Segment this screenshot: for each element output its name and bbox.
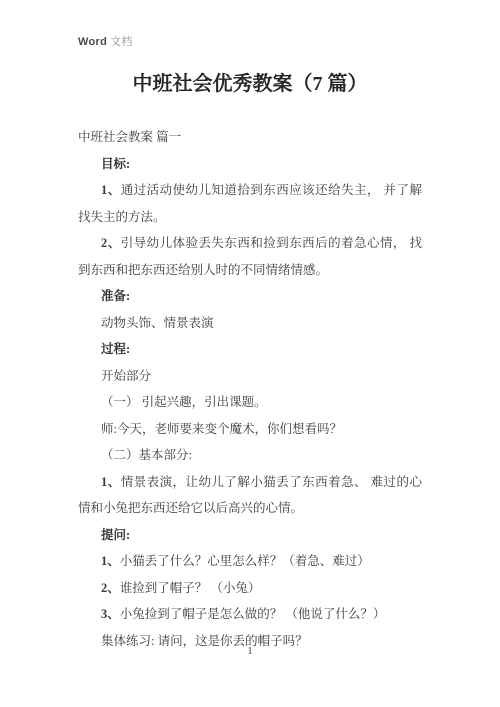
page-number: 1 <box>0 644 500 658</box>
paragraph: 提问: <box>78 522 422 549</box>
paragraph: 过程: <box>78 336 422 363</box>
paragraph: 开始部分 <box>78 363 422 390</box>
list-number: 2、 <box>101 236 121 250</box>
paragraph: 师:今天，老师要来变个魔术，你们想看吗？ <box>78 416 422 443</box>
paragraph: 目标: <box>78 151 422 178</box>
list-number: 3、 <box>101 607 120 621</box>
document-title: 中班社会优秀教案（7 篇） <box>0 0 500 98</box>
paragraph: 动物头饰、情景表演 <box>78 310 422 337</box>
word-doc-watermark: Word文档 <box>78 36 133 48</box>
paragraph: 2、引导幼儿体验丢失东西和捡到东西后的着急心情， 找到东西和把东西还给别人时的不… <box>78 230 422 283</box>
paragraph: 中班社会教案 篇一 <box>78 124 422 151</box>
document-page: Word文档 中班社会优秀教案（7 篇） 中班社会教案 篇一目标:1、通过活动使… <box>0 0 500 707</box>
brand-doc-label: 文档 <box>110 36 133 48</box>
document-body: 中班社会教案 篇一目标:1、通过活动使幼儿知道拾到东西应该还给失主， 并了解找失… <box>78 124 422 654</box>
paragraph: 2、谁捡到了帽子？ （小兔） <box>78 575 422 602</box>
list-number: 1、 <box>101 554 120 568</box>
list-number: 2、 <box>101 581 120 595</box>
brand-word-label: Word <box>78 36 107 48</box>
paragraph: （一） 引起兴趣，引出课题。 <box>78 389 422 416</box>
paragraph: 3、小兔捡到了帽子是怎么做的？ （他说了什么？） <box>78 601 422 628</box>
paragraph: 1、小猫丢了什么？心里怎么样？（着急、难过） <box>78 548 422 575</box>
list-number: 1、 <box>101 475 121 489</box>
paragraph: 1、情景表演，让幼儿了解小猫丢了东西着急、 难过的心情和小兔把东西还给它以后高兴… <box>78 469 422 522</box>
paragraph: （二）基本部分: <box>78 442 422 469</box>
paragraph: 准备: <box>78 283 422 310</box>
paragraph: 1、通过活动使幼儿知道拾到东西应该还给失主， 并了解找失主的方法。 <box>78 177 422 230</box>
list-number: 1、 <box>101 183 121 197</box>
